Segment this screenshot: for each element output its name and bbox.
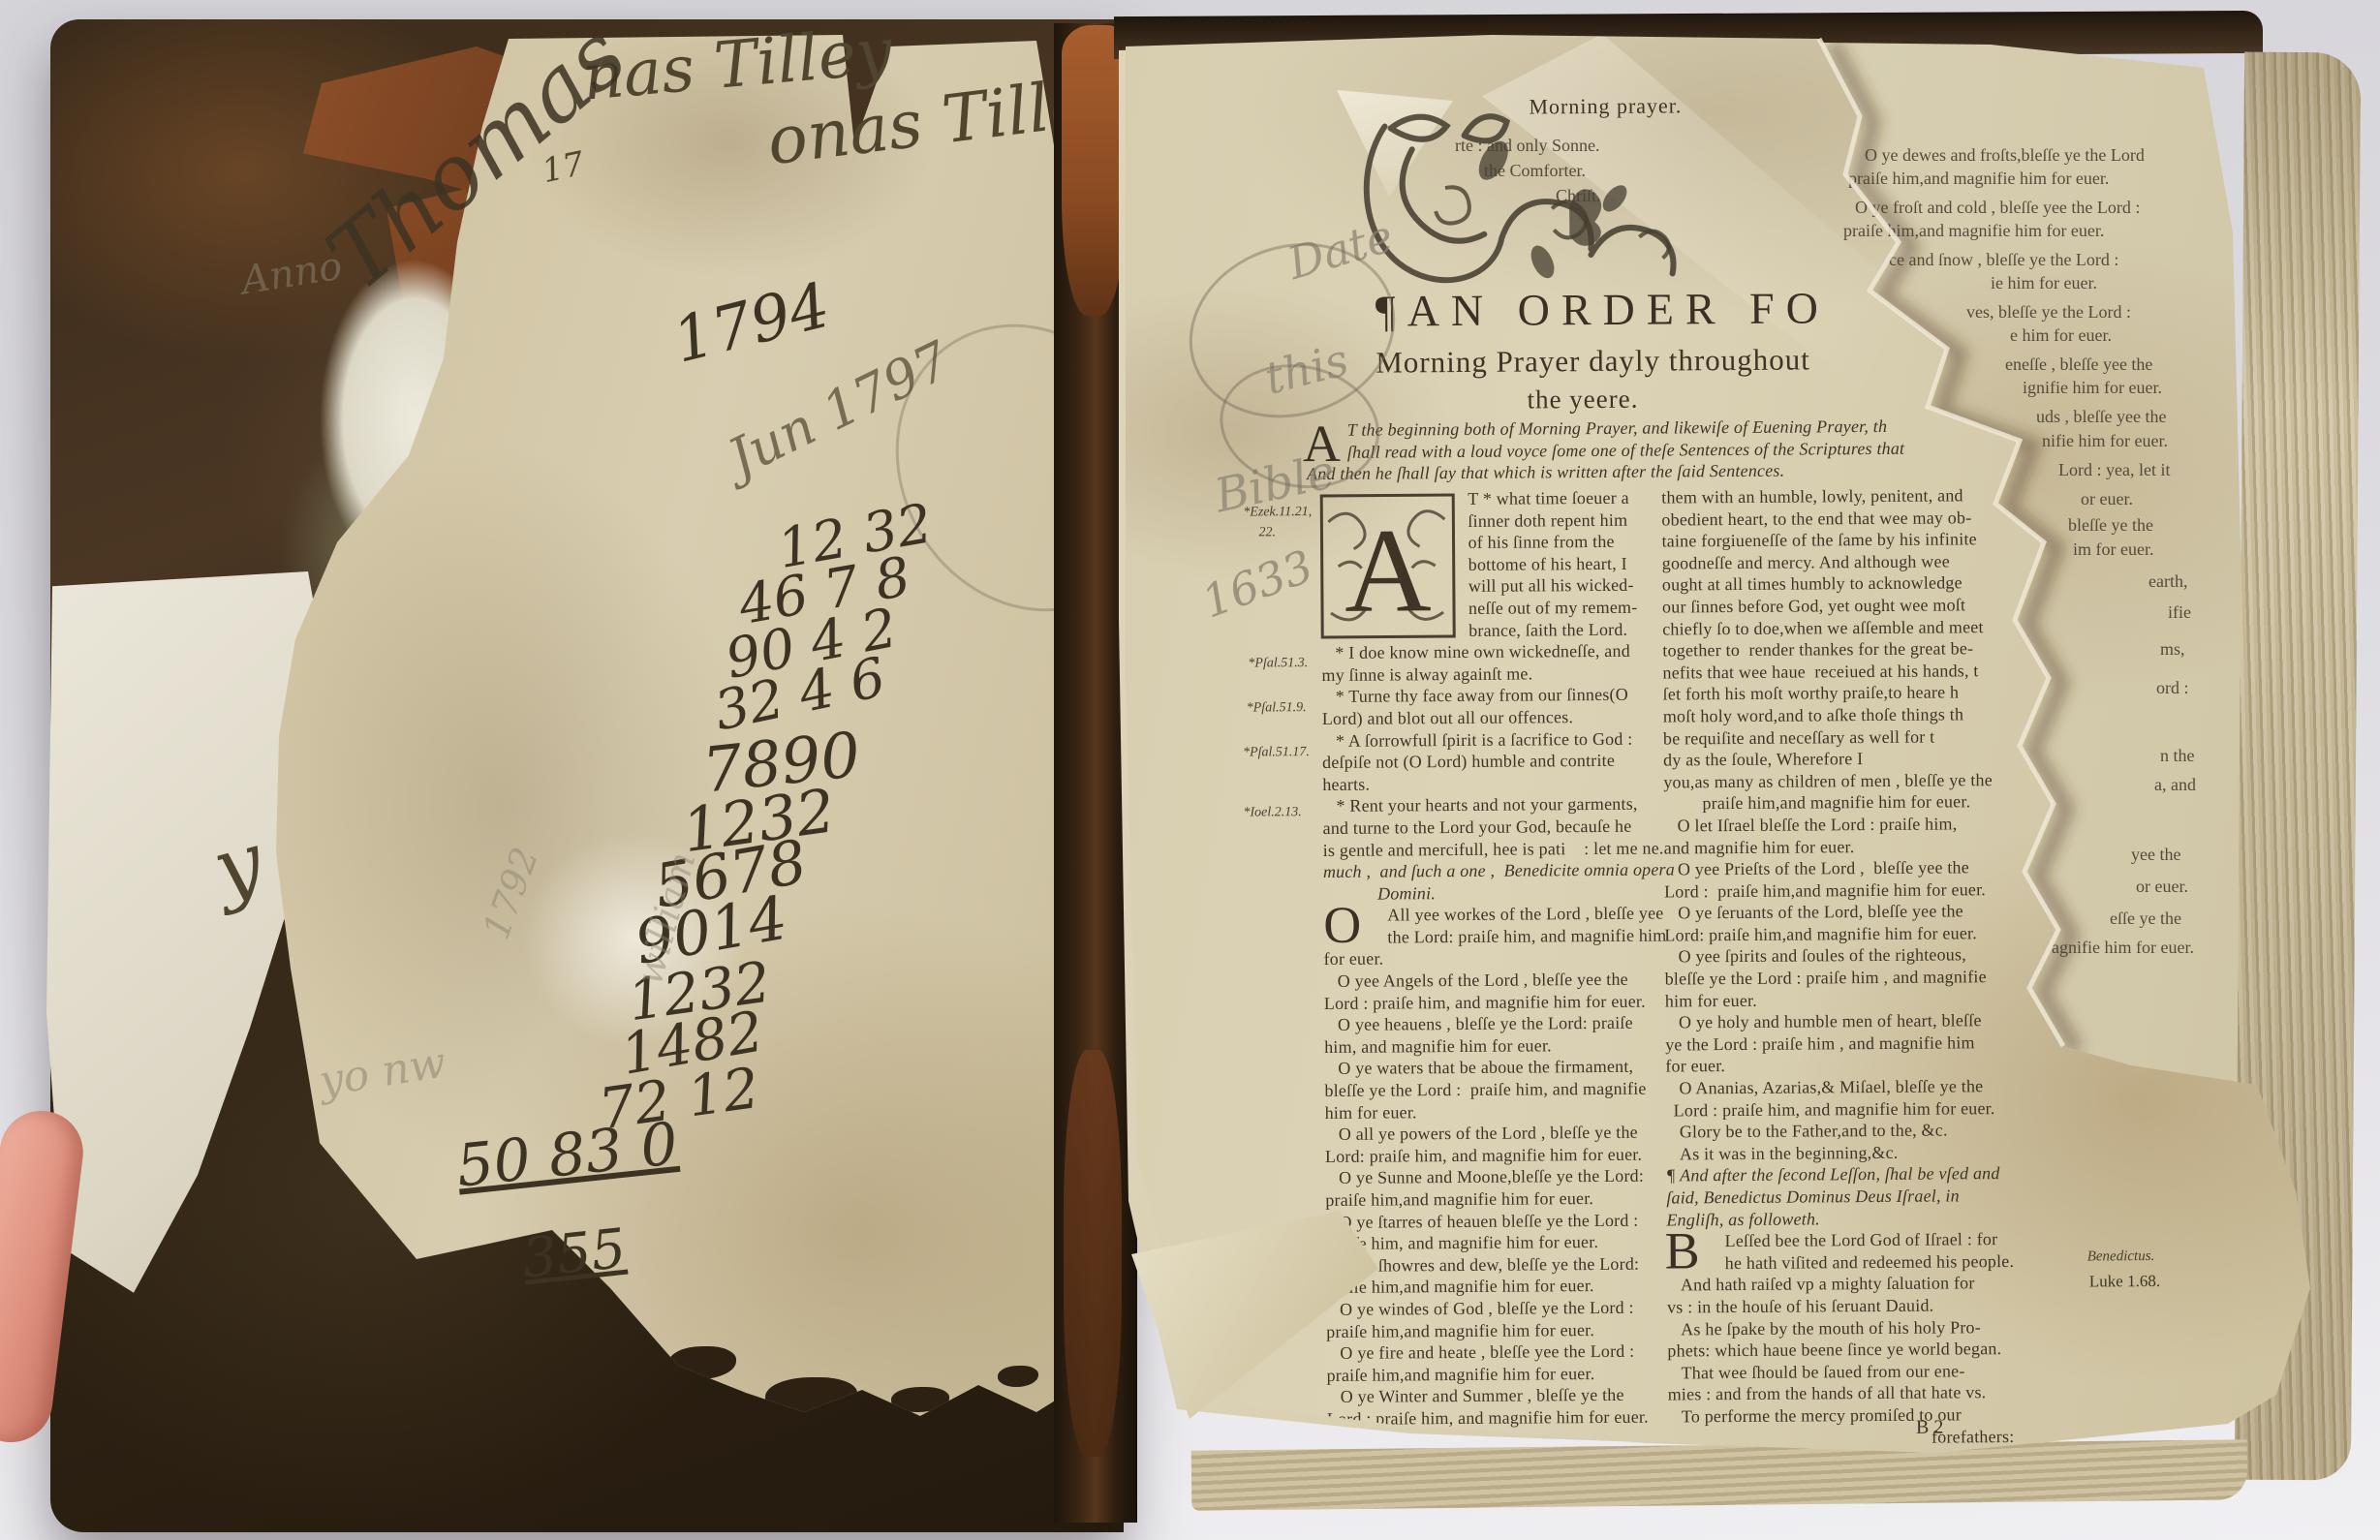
worm-hole [998,1366,1038,1387]
photo-backdrop: nas Tilleyonas TilleyThomas17Anno1794Jun… [0,0,2380,1540]
spine-rust [1064,1050,1122,1457]
